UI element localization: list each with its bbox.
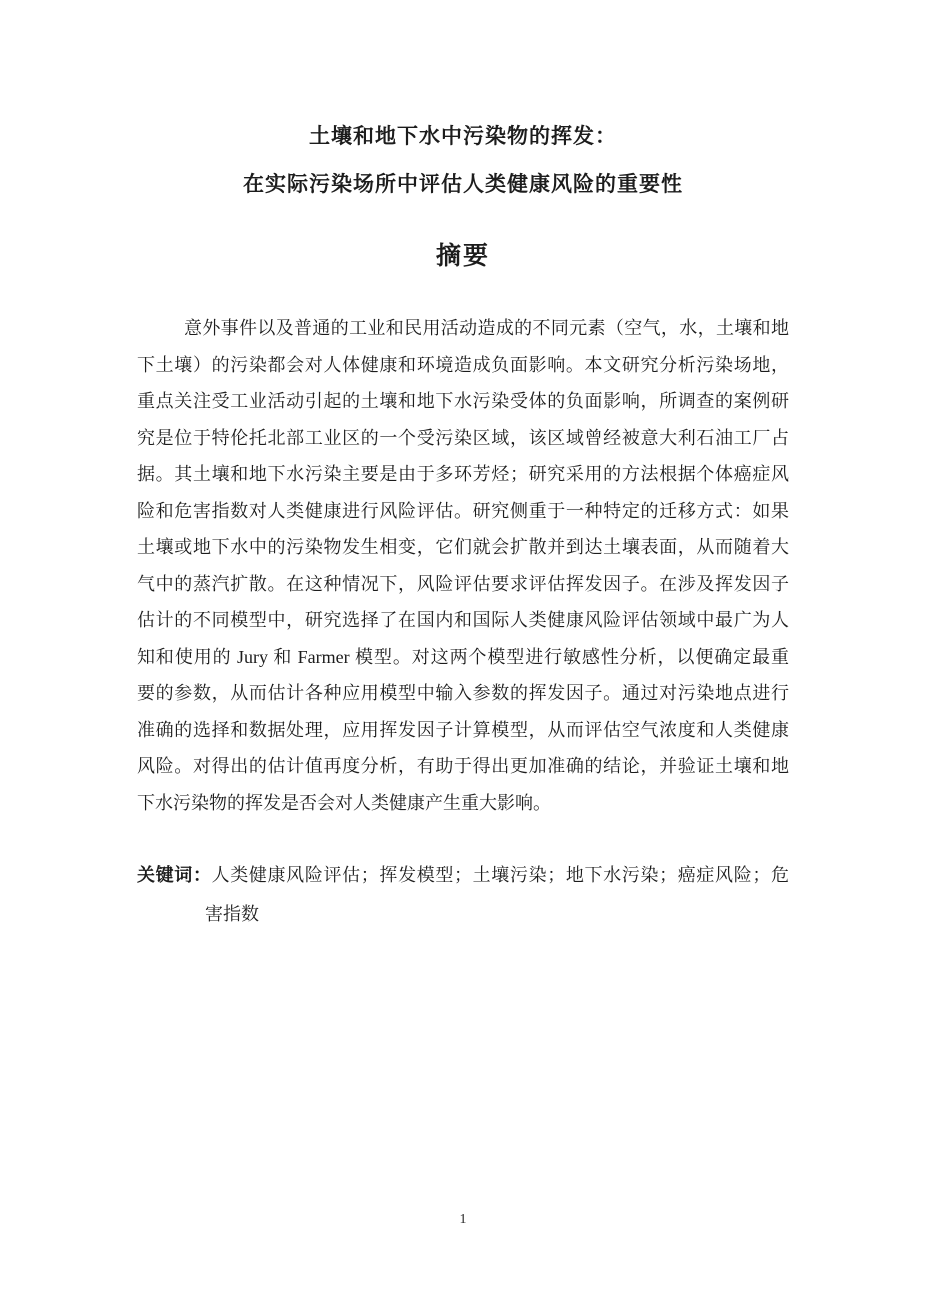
abstract-line: 要的参数，从而估计各种应用模型中输入参数的挥发因子。通过对污染地点进行 [137,675,789,712]
abstract-line: 准确的选择和数据处理，应用挥发因子计算模型，从而评估空气浓度和人类健康 [137,712,789,749]
document-page: 土壤和地下水中污染物的挥发： 在实际污染场所中评估人类健康风险的重要性 摘要 意… [0,0,926,1309]
abstract-line: 据。其土壤和地下水污染主要是由于多环芳烃；研究采用的方法根据个体癌症风 [137,456,789,493]
abstract-line: 下土壤）的污染都会对人体健康和环境造成负面影响。本文研究分析污染场地， [137,347,789,384]
abstract-line: 知和使用的 Jury 和 Farmer 模型。对这两个模型进行敏感性分析，以便确… [137,639,789,676]
abstract-line: 重点关注受工业活动引起的土壤和地下水污染受体的负面影响，所调查的案例研 [137,383,789,420]
abstract-heading: 摘要 [137,240,789,274]
keywords-line-1: 关键词：人类健康风险评估；挥发模型；土壤污染；地下水污染；癌症风险；危 [137,856,789,895]
abstract-line: 究是位于特伦托北部工业区的一个受污染区域，该区域曾经被意大利石油工厂占 [137,420,789,457]
abstract-paragraph: 意外事件以及普通的工业和民用活动造成的不同元素（空气，水，土壤和地下土壤）的污染… [137,310,789,821]
paper-title-line2: 在实际污染场所中评估人类健康风险的重要性 [137,169,789,199]
abstract-line: 气中的蒸汽扩散。在这种情况下，风险评估要求评估挥发因子。在涉及挥发因子 [137,566,789,603]
abstract-line: 土壤或地下水中的污染物发生相变，它们就会扩散并到达土壤表面，从而随着大 [137,529,789,566]
keywords-line-2: 害指数 [137,895,789,934]
abstract-line: 风险。对得出的估计值再度分析，有助于得出更加准确的结论，并验证土壤和地 [137,748,789,785]
abstract-line: 险和危害指数对人类健康进行风险评估。研究侧重于一种特定的迁移方式：如果 [137,493,789,530]
keywords-label: 关键词： [137,865,212,885]
keywords-block: 关键词：人类健康风险评估；挥发模型；土壤污染；地下水污染；癌症风险；危 害指数 [137,856,789,934]
abstract-line: 估计的不同模型中，研究选择了在国内和国际人类健康风险评估领域中最广为人 [137,602,789,639]
page-number: 1 [0,1210,926,1230]
abstract-line: 下水污染物的挥发是否会对人类健康产生重大影响。 [137,785,789,822]
keywords-text-1: 人类健康风险评估；挥发模型；土壤污染；地下水污染；癌症风险；危 [212,865,789,885]
abstract-line: 意外事件以及普通的工业和民用活动造成的不同元素（空气，水，土壤和地 [137,310,789,347]
paper-title-line1: 土壤和地下水中污染物的挥发： [137,121,789,151]
